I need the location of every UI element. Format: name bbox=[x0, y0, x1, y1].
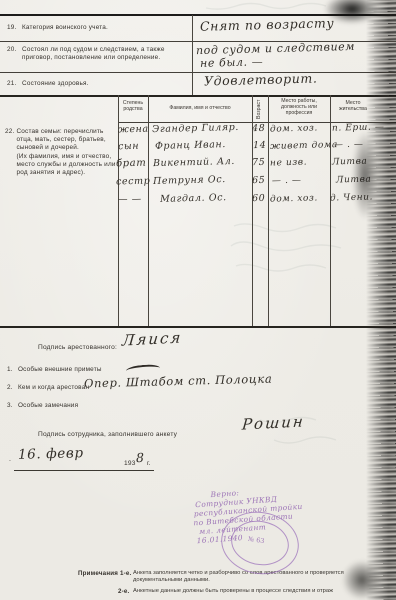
family-row-work: — . — bbox=[272, 176, 302, 187]
header-residence: Место жительства bbox=[331, 100, 375, 112]
field-22-label-block: 22. Состав семьи: перечислить отца, мать… bbox=[5, 128, 118, 177]
field-19-number: 19. bbox=[7, 24, 16, 31]
notes-heading: Примечания 1-е. bbox=[78, 570, 131, 577]
arrest-questionnaire-scan: 19. Категория воинского учета. Снят по в… bbox=[0, 0, 396, 600]
family-row-relation: сестр bbox=[116, 176, 151, 188]
family-row-name: Франц Иван. bbox=[155, 139, 226, 152]
field-22-number: 22. bbox=[5, 128, 14, 177]
field-21-answer-handwriting: Удовлетворит. bbox=[204, 71, 318, 89]
header-name: Фамилия, имя и отчество bbox=[150, 105, 250, 111]
date-year-digit-handwriting: 8 bbox=[136, 450, 145, 465]
item-2-label: Кем и когда арестован bbox=[18, 384, 89, 392]
item-1-label: Особые внешние приметы bbox=[18, 366, 102, 374]
field-20-label: Состоял ли под судом и следствием, а так… bbox=[22, 46, 190, 62]
field-20-answer-line1: под судом и следствием bbox=[196, 40, 355, 57]
family-row-name: Петруня Ос. bbox=[153, 174, 226, 187]
family-row-relation: — — bbox=[118, 194, 142, 206]
field-20-number: 20. bbox=[7, 46, 16, 53]
family-row-name: Викентий. Ал. bbox=[153, 156, 235, 169]
family-row-residence: п. Ерш. — bbox=[332, 122, 385, 133]
family-row-work: не изв. bbox=[270, 158, 307, 169]
family-row-relation: брат bbox=[116, 158, 147, 170]
rule-under-20 bbox=[0, 72, 396, 73]
family-row-age: 65 bbox=[252, 175, 266, 186]
item-3-number: 3. bbox=[7, 402, 13, 409]
family-row-residence: Литва bbox=[336, 175, 372, 186]
date-year-suffix: г. bbox=[147, 460, 151, 467]
scan-binding-shadow bbox=[366, 0, 396, 600]
family-row-work: дом. хоз. bbox=[270, 193, 318, 204]
family-row-work: живет дома bbox=[270, 140, 338, 152]
family-row-relation: сын bbox=[118, 141, 139, 153]
table-line-age bbox=[268, 95, 269, 326]
family-row-age: 14 bbox=[253, 140, 267, 151]
family-row-name: Эгандер Гиляр. bbox=[152, 122, 239, 135]
family-row-work: дом. хоз. bbox=[270, 123, 318, 134]
date-day-month-handwriting: 16. февр bbox=[18, 445, 84, 463]
item-2-number: 2. bbox=[7, 384, 13, 391]
field-19-answer-handwriting: Снят по возрасту bbox=[200, 15, 335, 34]
family-row-name: Магдал. Ос. bbox=[160, 192, 227, 205]
family-row-age: 75 bbox=[252, 157, 266, 168]
arrested-signature: Ляися bbox=[121, 328, 183, 349]
item-3-label: Особые замечания bbox=[18, 402, 78, 410]
family-row-relation: жена bbox=[118, 124, 149, 136]
family-row-residence: — . — bbox=[334, 140, 364, 151]
field-20-answer-line2: не был. — bbox=[200, 55, 264, 70]
family-row-age: 60 bbox=[252, 193, 266, 204]
family-row-age: 48 bbox=[252, 123, 266, 134]
item-2-answer-handwriting: Опер. Штабом ст. Полоцка bbox=[84, 372, 273, 391]
field-22-label: Состав семьи: перечислить отца, мать, се… bbox=[16, 128, 118, 177]
arrested-signature-label: Подпись арестованного: bbox=[38, 344, 117, 351]
header-age: Возраст bbox=[253, 96, 267, 122]
header-relation: Степень родства bbox=[118, 100, 148, 112]
field-22-label-main: Состав семьи: перечислить отца, мать, се… bbox=[16, 128, 105, 151]
date-underline bbox=[14, 470, 154, 471]
family-row-residence: д. Чени. bbox=[330, 192, 373, 203]
top-rule bbox=[0, 14, 396, 16]
note-2-text: Анкетные данные должны быть проверены в … bbox=[133, 588, 391, 595]
answer-column-divider bbox=[192, 15, 193, 95]
family-row-residence: Литва bbox=[332, 157, 368, 168]
field-19-label: Категория воинского учета. bbox=[22, 24, 108, 32]
officer-signature-label: Подпись сотрудника, заполнившего анкету bbox=[38, 431, 177, 438]
date-prefix-dot: . bbox=[9, 456, 11, 463]
item-1-number: 1. bbox=[7, 366, 13, 373]
date-printed-193: 193 bbox=[124, 460, 136, 467]
field-21-label: Состояние здоровья. bbox=[22, 80, 89, 88]
field-22-label-note: (Их фамилия, имя и отчество, место служб… bbox=[16, 153, 115, 176]
header-work: Место работы, должность или профессия bbox=[269, 98, 329, 116]
family-table-top-border bbox=[0, 95, 396, 97]
field-21-number: 21. bbox=[7, 80, 16, 87]
table-line-work bbox=[330, 95, 331, 326]
note-2-number: 2-е. bbox=[118, 588, 129, 595]
family-table-bottom-border bbox=[0, 326, 396, 328]
officer-signature: Рошин bbox=[241, 412, 305, 433]
